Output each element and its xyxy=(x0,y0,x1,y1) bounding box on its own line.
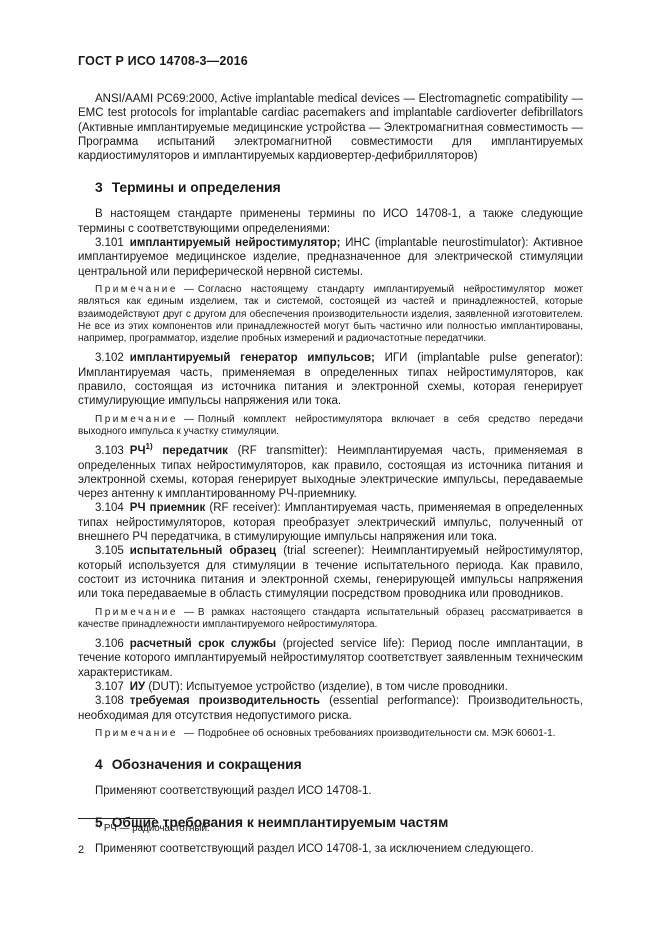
term-number: 3.106 xyxy=(95,638,124,650)
document-page: ГОСТ Р ИСО 14708-3—2016 ANSI/AAMI PC69:2… xyxy=(0,0,661,935)
note-text: Подробнее об основных требованиях произв… xyxy=(198,728,556,739)
term-name: испытательный образец xyxy=(130,545,276,557)
note-label: Примечание xyxy=(95,728,178,739)
term-name: имплантируемый нейростимулятор; xyxy=(130,237,341,249)
note-label: Примечание xyxy=(95,607,178,618)
section-4-number: 4 xyxy=(95,757,103,772)
note-3102: Примечание—Полный комплект нейростимулят… xyxy=(78,414,583,439)
term-name-pre: РЧ xyxy=(130,445,146,457)
term-number: 3.102 xyxy=(95,352,124,364)
section-3-title: Термины и определения xyxy=(112,180,281,195)
term-number: 3.101 xyxy=(95,237,124,249)
note-3108: Примечание—Подробнее об основных требова… xyxy=(78,728,583,740)
note-dash: — xyxy=(184,728,194,739)
term-definition: (DUT): Испытуемое устройство (изделие), … xyxy=(145,681,508,693)
term-name: РЧ1) передатчик xyxy=(130,445,228,457)
term-3104: 3.104РЧ приемник (RF receiver): Импланти… xyxy=(78,501,583,544)
footnote-text: 1) РЧ — радиочастотный. xyxy=(78,823,583,835)
term-name: расчетный срок службы xyxy=(130,638,276,650)
note-dash: — xyxy=(184,414,194,425)
term-name-post: передатчик xyxy=(153,445,228,457)
term-3101: 3.101имплантируемый нейростимулятор; ИНС… xyxy=(78,236,583,279)
term-number: 3.104 xyxy=(95,502,124,514)
term-name: ИУ xyxy=(130,681,145,693)
term-number: 3.105 xyxy=(95,545,124,557)
section-4-heading: 4Обозначения и сокращения xyxy=(78,757,583,773)
footnote-body: РЧ — радиочастотный. xyxy=(101,823,210,834)
term-3105: 3.105испытательный образец (trial screen… xyxy=(78,544,583,601)
term-name: имплантируемый генератор импульсов; xyxy=(130,352,375,364)
section-4-body: Применяют соответствующий раздел ИСО 147… xyxy=(78,784,583,798)
footnote-divider xyxy=(78,818,155,819)
section-3-heading: 3Термины и определения xyxy=(78,180,583,196)
page-number: 2 xyxy=(78,844,583,856)
term-3107: 3.107ИУ (DUT): Испытуемое устройство (из… xyxy=(78,680,583,694)
term-number: 3.107 xyxy=(95,681,124,693)
page-header: ГОСТ Р ИСО 14708-3—2016 xyxy=(78,54,583,68)
term-3106: 3.106расчетный срок службы (projected se… xyxy=(78,637,583,680)
note-label: Примечание xyxy=(95,284,178,295)
term-name: требуемая производительность xyxy=(130,695,320,707)
term-name: РЧ приемник xyxy=(130,502,205,514)
note-dash: — xyxy=(184,284,194,295)
reference-paragraph: ANSI/AAMI PC69:2000, Active implantable … xyxy=(78,92,583,163)
section-3-number: 3 xyxy=(95,180,103,195)
term-3103: 3.103РЧ1) передатчик (RF transmitter): Н… xyxy=(78,444,583,501)
note-3101: Примечание—Согласно настоящему стандарту… xyxy=(78,284,583,345)
footnote-marker: 1) xyxy=(146,442,153,451)
note-3105: Примечание—В рамках настоящего стандарта… xyxy=(78,607,583,632)
term-3108: 3.108требуемая производительность (essen… xyxy=(78,694,583,723)
term-number: 3.108 xyxy=(95,695,124,707)
page-footer: 1) РЧ — радиочастотный. 2 xyxy=(78,818,583,856)
term-3102: 3.102имплантируемый генератор импульсов;… xyxy=(78,351,583,408)
note-dash: — xyxy=(184,607,194,618)
section-4-title: Обозначения и сокращения xyxy=(112,757,302,772)
note-label: Примечание xyxy=(95,414,178,425)
section-3-lead: В настоящем стандарте применены термины … xyxy=(78,207,583,236)
term-number: 3.103 xyxy=(95,445,124,457)
